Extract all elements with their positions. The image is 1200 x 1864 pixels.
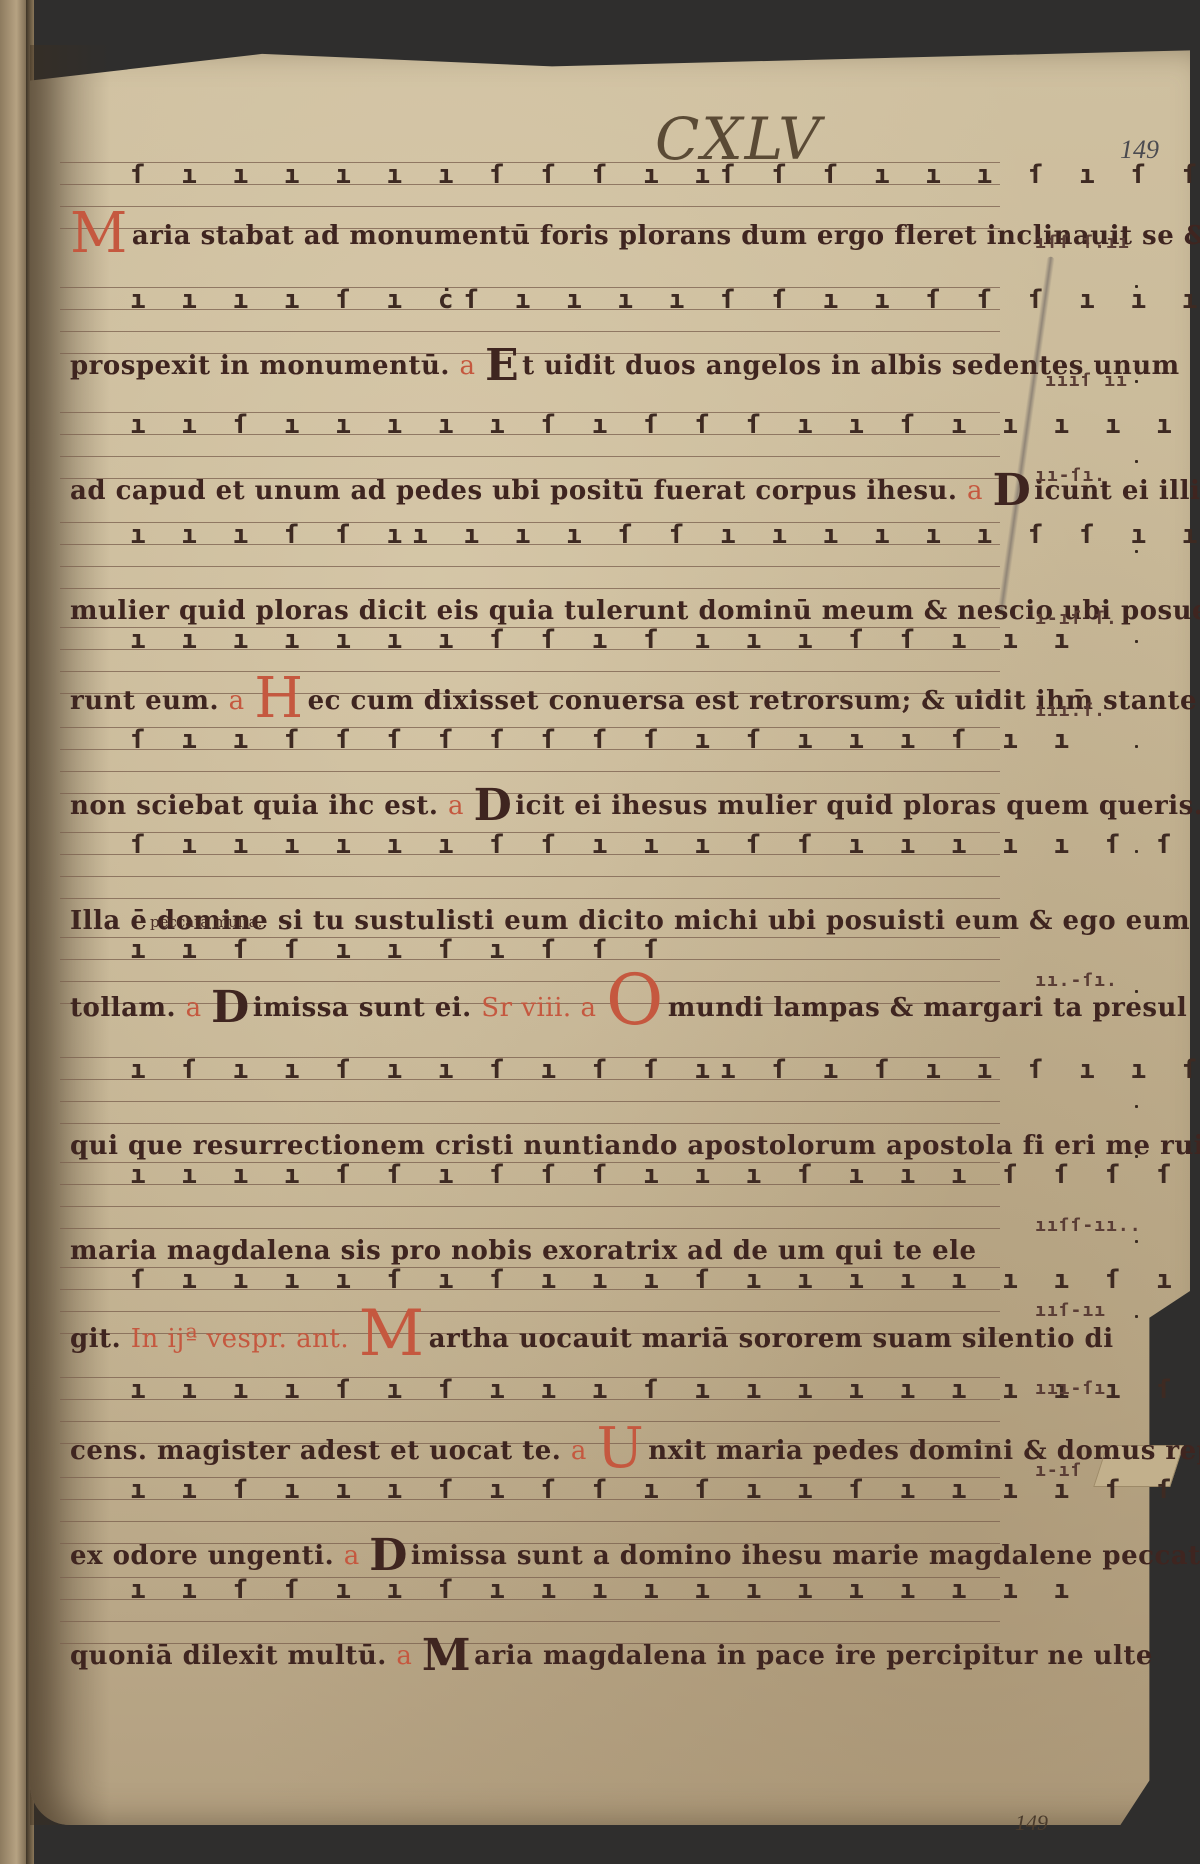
neume-row: ſ ı ı ſ ſ ſ ſ ſ ſ ſ ſ ı ſ ı ı ı ſ ı ı [130, 725, 960, 785]
margin-note: ıı-ſı. [1035, 465, 1106, 486]
margin-note: ııı.ſ. [1035, 700, 1106, 721]
margin-note: ıııſ ıı [1045, 370, 1128, 391]
rubric-office-heading: In ijª vespr. ant. [131, 1324, 349, 1354]
rubric-versicle: Sr viii. a [481, 993, 596, 1023]
margin-note: ıı.-ſı. [1035, 970, 1118, 991]
lyric-text: mundi lampas & margari ta presul [668, 993, 1187, 1023]
lyric-text: git. [70, 1324, 121, 1354]
music-system: ı ı ı ı ſ ı ċſ ı ı ı ı ſ ſ ı ı ſ ſ ſ ı ı… [0, 265, 1000, 395]
lyric-text: artha uocauit mariā sororem suam silenti… [429, 1324, 1114, 1354]
initial: D [211, 982, 250, 1033]
music-system: ı ı ſ ſ ı ı ſ ı ſ ſ ſ peccata multa. tol… [0, 915, 1000, 1045]
lyric-text: quoniā dilexit multū. [70, 1641, 387, 1671]
rubric-cue: a [460, 351, 476, 381]
lyric-line: Maria stabat ad monumentū foris plorans … [70, 201, 1000, 266]
neume-row: ı ı ſ ſ ı ı ſ ı ı ı ı ı ı ı ı ı ı ı ı [130, 1575, 960, 1635]
margin-note: ı-ıſ ſ. [1035, 608, 1118, 629]
lyric-text: tollam. [70, 993, 176, 1023]
neume-row: ſ ı ı ı ı ı ı ſ ſ ı ı ı ſ ſ ı ı ı ı ı ſ … [130, 830, 960, 890]
music-system: ı ı ſ ſ ı ı ſ ı ı ı ı ı ı ı ı ı ı ı ı qu… [0, 1555, 1000, 1685]
neume-row: ı ı ſ ı ı ı ı ı ſ ı ſ ſ ſ ı ı ſ ı ı ı ı … [130, 410, 960, 470]
neume-row: ı ı ı ı ſ ſ ı ſ ſ ſ ı ı ı ſ ı ı ı ſ ſ ſ … [130, 1160, 960, 1220]
lyric-line: prospexit in monumentū. a Et uidit duos … [70, 340, 1000, 391]
music-system: ſ ı ı ı ı ı ı ſ ſ ſ ı ıſ ſ ſ ı ı ı ſ ı ſ… [0, 140, 1000, 270]
margin-note: ıſſ ſ.ıı [1035, 232, 1130, 253]
margin-note: ııı-ſı [1035, 1378, 1106, 1399]
lyric-text: aria magdalena in pace ire percipitur ne… [474, 1641, 1153, 1671]
initial: E [485, 340, 519, 391]
neume-row: ı ſ ı ı ſ ı ı ſ ı ſ ſ ıı ſ ı ſ ı ı ſ ı ı… [130, 1055, 960, 1115]
margin-note: ııſ-ıı [1035, 1300, 1106, 1321]
neume-row: ı ı ı ı ſ ı ċſ ı ı ı ı ſ ſ ı ı ſ ſ ſ ı ı… [130, 285, 960, 345]
neume-row: ı ı ı ſ ſ ıı ı ı ı ſ ſ ı ı ı ı ı ı ſ ſ ı… [130, 520, 960, 580]
lyric-text: prospexit in monumentū. [70, 351, 450, 381]
rubric-cue: a [186, 993, 202, 1023]
margin-note: ııſſ-ıı.. [1035, 1215, 1142, 1236]
neume-row: ı ı ſ ı ı ı ſ ı ſ ſ ı ſ ı ı ſ ı ı ı ı ſ … [130, 1475, 960, 1535]
folio-number-bottom: 149 [1015, 1810, 1048, 1836]
interlinear-gloss: peccata multa. [150, 913, 262, 931]
lyric-line: tollam. a Dimissa sunt ei. Sr viii. a Om… [70, 959, 1000, 1041]
lyric-line: quoniā dilexit multū. a Maria magdalena … [70, 1630, 1000, 1681]
rubric-cue: a [396, 1641, 412, 1671]
lyric-text: imissa sunt ei. [253, 993, 472, 1023]
initial: M [422, 1630, 471, 1681]
rubric-initial: M [70, 201, 128, 266]
margin-note: ı-ıſ [1035, 1460, 1082, 1481]
rubric-big-initial: O [606, 959, 664, 1041]
